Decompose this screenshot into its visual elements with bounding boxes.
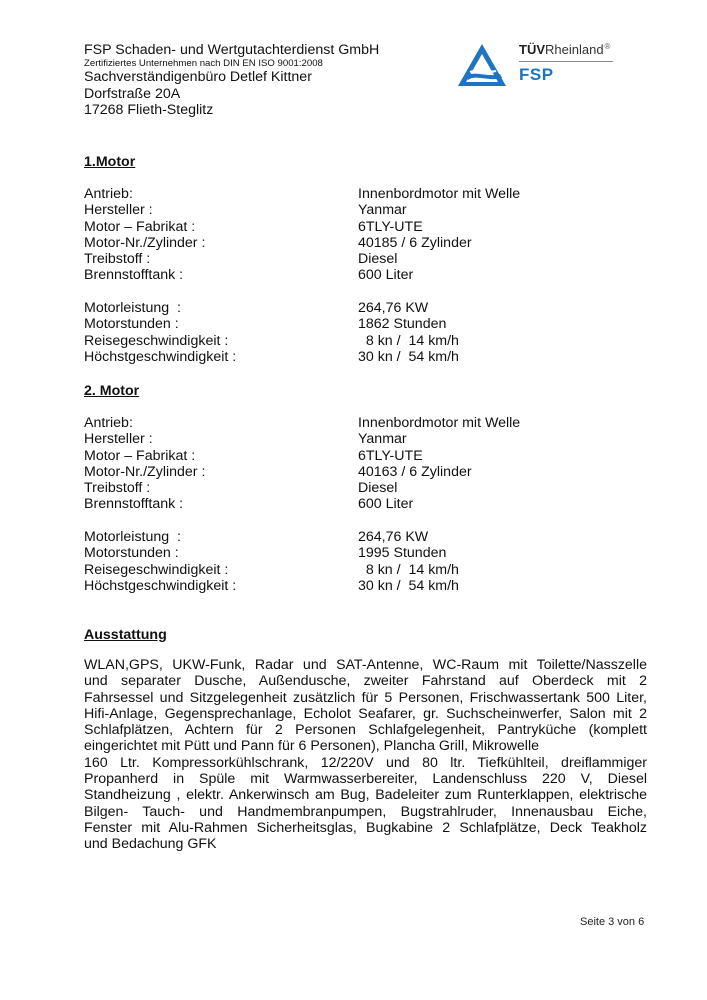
spec-row: Antrieb:Innenbordmotor mit Welle [84, 415, 520, 431]
spec-label: Motor – Fabrikat : [84, 219, 358, 235]
section-title-equipment: Ausstattung [84, 627, 167, 643]
spec-row: Motor-Nr./Zylinder :40163 / 6 Zylinder [84, 464, 520, 480]
spec-value: 8 kn / 14 km/h [358, 333, 459, 349]
spec-row: Motorstunden :1862 Stunden [84, 316, 520, 332]
spec-label: Höchstgeschwindigkeit : [84, 349, 358, 365]
spec-value: Innenbordmotor mit Welle [358, 186, 520, 202]
spec-value: 8 kn / 14 km/h [358, 562, 459, 578]
spec-label: Antrieb: [84, 186, 358, 202]
equipment-line: Standheizung , elektr. Ankerwinsch am Bu… [84, 787, 647, 803]
tuv-rheinland-fsp-logo: TÜVRheinland® FSP [456, 38, 646, 94]
spec-row: Brennstofftank :600 Liter [84, 496, 520, 512]
equipment-line: WLAN,GPS, UKW-Funk, Radar und SAT-Antenn… [84, 657, 647, 673]
city-address: 17268 Flieth-Steglitz [84, 102, 379, 118]
equipment-line: Propanherd in Spüle mit Warmwasserbereit… [84, 771, 647, 787]
letterhead: FSP Schaden- und Wertgutachterdienst Gmb… [84, 42, 379, 119]
equipment-line: und separater Dusche, Außendusche, zweit… [84, 673, 647, 689]
street-address: Dorfstraße 20A [84, 86, 379, 102]
equipment-line: Hifi-Anlage, Gegensprechanlage, Echolot … [84, 706, 647, 722]
equipment-description: WLAN,GPS, UKW-Funk, Radar und SAT-Antenn… [84, 657, 647, 853]
spec-label: Motorstunden : [84, 316, 358, 332]
spec-row: Motor – Fabrikat :6TLY-UTE [84, 448, 520, 464]
spec-label: Treibstoff : [84, 480, 358, 496]
spec-value: 600 Liter [358, 496, 413, 512]
spec-value: 30 kn / 54 km/h [358, 349, 459, 365]
spec-row: Hersteller :Yanmar [84, 431, 520, 447]
spec-row: Motor-Nr./Zylinder :40185 / 6 Zylinder [84, 235, 520, 251]
spec-value: 40185 / 6 Zylinder [358, 235, 472, 251]
spec-value: Diesel [358, 251, 397, 267]
spec-value: 600 Liter [358, 267, 413, 283]
spec-label: Reisegeschwindigkeit : [84, 333, 358, 349]
spec-value: 6TLY-UTE [358, 448, 423, 464]
spec-label: Motor – Fabrikat : [84, 448, 358, 464]
spec-row: Treibstoff :Diesel [84, 251, 520, 267]
spec-value: 264,76 KW [358, 300, 428, 316]
spec-label: Hersteller : [84, 431, 358, 447]
spec-row: Motorleistung :264,76 KW [84, 300, 520, 316]
spacer [84, 284, 520, 300]
spec-label: Motorleistung : [84, 300, 358, 316]
spec-label: Brennstofftank : [84, 267, 358, 283]
logo-divider [519, 61, 613, 62]
spec-value: 30 kn / 54 km/h [358, 578, 459, 594]
spec-value: 1995 Stunden [358, 545, 446, 561]
company-name: FSP Schaden- und Wertgutachterdienst Gmb… [84, 42, 379, 58]
equipment-line: Schlafplätzen, Achtern für 2 Personen Sc… [84, 722, 647, 738]
spec-value: Innenbordmotor mit Welle [358, 415, 520, 431]
spec-row: Höchstgeschwindigkeit :30 kn / 54 km/h [84, 578, 520, 594]
spacer [84, 513, 520, 529]
certification-note: Zertifiziertes Unternehmen nach DIN EN I… [84, 58, 379, 69]
spec-label: Motor-Nr./Zylinder : [84, 235, 358, 251]
equipment-line: Fenster mit Alu-Rahmen Sicherheitsglas, … [84, 820, 647, 836]
spec-row: Höchstgeschwindigkeit :30 kn / 54 km/h [84, 349, 520, 365]
spec-label: Reisegeschwindigkeit : [84, 562, 358, 578]
spec-row: Reisegeschwindigkeit : 8 kn / 14 km/h [84, 562, 520, 578]
spec-row: Motorstunden :1995 Stunden [84, 545, 520, 561]
spec-value: 40163 / 6 Zylinder [358, 464, 472, 480]
motor-1-specs: Antrieb:Innenbordmotor mit WelleHerstell… [84, 186, 520, 365]
spec-value: Yanmar [358, 202, 407, 218]
spec-row: Motor – Fabrikat :6TLY-UTE [84, 219, 520, 235]
spec-row: Antrieb:Innenbordmotor mit Welle [84, 186, 520, 202]
brand-sub: FSP [519, 65, 554, 85]
spec-value: 264,76 KW [358, 529, 428, 545]
spec-label: Höchstgeschwindigkeit : [84, 578, 358, 594]
spec-label: Treibstoff : [84, 251, 358, 267]
equipment-line: 160 Ltr. Kompressorkühlschrank, 12/220V … [84, 755, 647, 771]
equipment-line: und Bedachung GFK [84, 836, 647, 852]
spec-row: Hersteller :Yanmar [84, 202, 520, 218]
spec-label: Antrieb: [84, 415, 358, 431]
section-title-motor-2: 2. Motor [84, 383, 139, 399]
spec-row: Motorleistung :264,76 KW [84, 529, 520, 545]
section-title-motor-1: 1.Motor [84, 154, 135, 170]
spec-label: Brennstofftank : [84, 496, 358, 512]
spec-label: Motorleistung : [84, 529, 358, 545]
spec-label: Motor-Nr./Zylinder : [84, 464, 358, 480]
spec-value: 6TLY-UTE [358, 219, 423, 235]
page-number: Seite 3 von 6 [580, 916, 644, 928]
office-name: Sachverständigenbüro Detlef Kittner [84, 69, 379, 85]
spec-label: Hersteller : [84, 202, 358, 218]
motor-2-specs: Antrieb:Innenbordmotor mit WelleHerstell… [84, 415, 520, 594]
spec-row: Treibstoff :Diesel [84, 480, 520, 496]
brand-name: TÜVRheinland® [519, 42, 610, 57]
spec-row: Brennstofftank :600 Liter [84, 267, 520, 283]
tuv-triangle-icon [456, 42, 508, 88]
spec-value: 1862 Stunden [358, 316, 446, 332]
spec-value: Diesel [358, 480, 397, 496]
equipment-line: eingerichtet mit Pütt und Pann für 6 Per… [84, 738, 647, 754]
spec-value: Yanmar [358, 431, 407, 447]
spec-row: Reisegeschwindigkeit : 8 kn / 14 km/h [84, 333, 520, 349]
equipment-line: Fahrsessel und Sitzgelegenheit zusätzlic… [84, 690, 647, 706]
equipment-line: Bilgen- Tauch- und Handmembranpumpen, Bu… [84, 804, 647, 820]
spec-label: Motorstunden : [84, 545, 358, 561]
